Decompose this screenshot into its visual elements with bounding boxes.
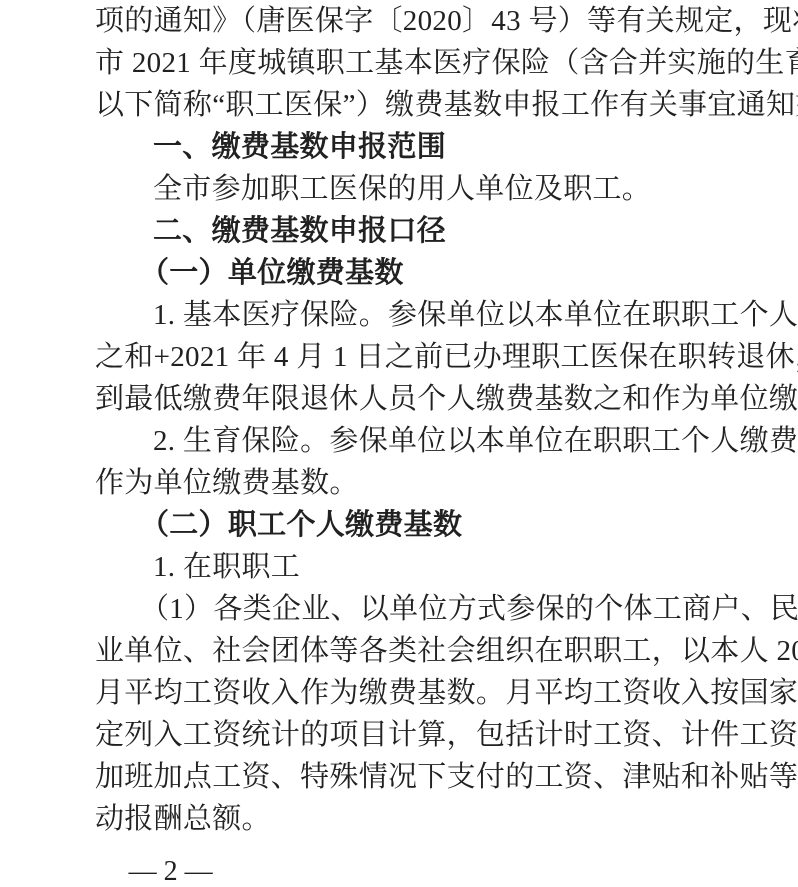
paragraph-line: 动报酬总额。 xyxy=(95,798,713,840)
page-number: — 2 — xyxy=(95,851,713,887)
paragraph-line: 项的通知》（唐医保字〔2020〕43 号）等有关规定，现将做好我 xyxy=(95,0,713,42)
paragraph-line: 全市参加职工医保的用人单位及职工。 xyxy=(95,168,713,210)
document-body: 项的通知》（唐医保字〔2020〕43 号）等有关规定，现将做好我 市 2021 … xyxy=(95,0,713,887)
paragraph-line: 月平均工资收入作为缴费基数。月平均工资收入按国家统计局规 xyxy=(95,672,713,714)
paragraph-line: 业单位、社会团体等各类社会组织在职职工，以本人 2020 年度 xyxy=(95,630,713,672)
paragraph-line: 加班加点工资、特殊情况下支付的工资、津贴和补贴等全部的劳 xyxy=(95,756,713,798)
paragraph-line: 作为单位缴费基数。 xyxy=(95,462,713,504)
section-heading-2: 二、缴费基数申报口径 xyxy=(95,210,713,252)
paragraph-line: 到最低缴费年限退休人员个人缴费基数之和作为单位缴费基数。 xyxy=(95,378,713,420)
paragraph-line: 市 2021 年度城镇职工基本医疗保险（含合并实施的生育保险， xyxy=(95,42,713,84)
paragraph-line: （1）各类企业、以单位方式参保的个体工商户、民办非企 xyxy=(95,588,713,630)
paragraph-line: 以下简称“职工医保”）缴费基数申报工作有关事宜通知如下： xyxy=(95,84,713,126)
subsection-heading-1: （一）单位缴费基数 xyxy=(95,252,713,294)
paragraph-line: 之和+2021 年 4 月 1 日之前已办理职工医保在职转退休，尚未达 xyxy=(95,336,713,378)
paragraph-line: 2. 生育保险。参保单位以本单位在职职工个人缴费基数之和 xyxy=(95,420,713,462)
paragraph-line: 1. 在职职工 xyxy=(95,546,713,588)
subsection-heading-2: （二）职工个人缴费基数 xyxy=(95,504,713,546)
section-heading-1: 一、缴费基数申报范围 xyxy=(95,126,713,168)
paragraph-line: 1. 基本医疗保险。参保单位以本单位在职职工个人缴费基数 xyxy=(95,294,713,336)
document-page: 项的通知》（唐医保字〔2020〕43 号）等有关规定，现将做好我 市 2021 … xyxy=(0,0,798,887)
paragraph-line: 定列入工资统计的项目计算，包括计时工资、计件工资、奖金、 xyxy=(95,714,713,756)
